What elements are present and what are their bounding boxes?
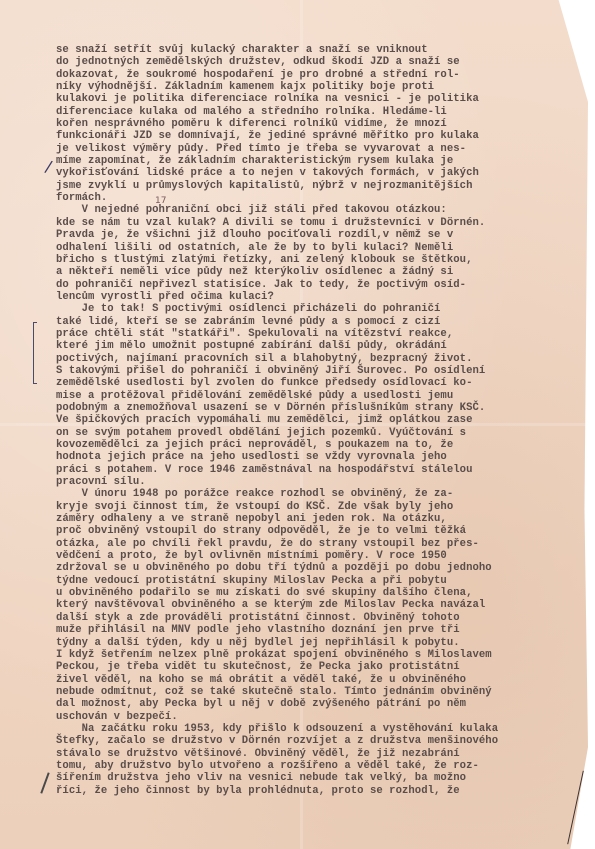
- text-line: kořen nesprávného poměru k diferenci rol…: [56, 118, 576, 130]
- text-line: zemědělské usedlosti byl zvolen do funkc…: [56, 377, 576, 389]
- text-line: podobným a znemožňoval usazení se v Dörn…: [56, 402, 576, 414]
- text-line: zdržoval se u obviněného po dobu tří týd…: [56, 562, 576, 574]
- text-line: je velikost výměry půdy. Před tímto je t…: [56, 143, 576, 155]
- text-line: do jednotných zemědělských družstev, odk…: [56, 56, 576, 68]
- text-line: kryje svoji činnost tím, že vstoupí do K…: [56, 501, 576, 513]
- text-line: formách.: [56, 192, 576, 204]
- text-line: vědčení a proto, že byl ovlivněn místním…: [56, 550, 576, 562]
- typewritten-text-body: se snaží setřít svůj kulacký charakter a…: [56, 44, 576, 797]
- text-line: funkcionáři JZD se domnívají, že jediné …: [56, 130, 576, 142]
- text-line: nebude odmítnut, což se také skutečně st…: [56, 686, 576, 698]
- text-line: dokazovat, že soukromé hospodaření je pr…: [56, 69, 576, 81]
- text-line: a někteří neměli více půdy než kterýkoli…: [56, 266, 576, 278]
- text-line: záměry odhaleny a ve straně nepobyl ani …: [56, 513, 576, 525]
- text-line: se snaží setřít svůj kulacký charakter a…: [56, 44, 576, 56]
- text-line: lencům vyrostli před očima kulaci?: [56, 291, 576, 303]
- text-line: šířením družstva jeho vliv na vesnici ne…: [56, 772, 576, 784]
- text-line: V únoru 1948 po porážce reakce rozhodl s…: [56, 488, 576, 500]
- text-line: kde se nám tu vzal kulak? A divili se to…: [56, 217, 576, 229]
- text-line: Peckou, je třeba vidět tu skutečnost, že…: [56, 661, 576, 673]
- text-line: Ve špičkových pracích vypomáhali mu země…: [56, 414, 576, 426]
- pen-margin-bracket: [33, 322, 37, 384]
- text-line: do pohraničí nepřivezl statisíce. Jak to…: [56, 279, 576, 291]
- text-line: níky výhodnější. Základním kamenem kajx …: [56, 81, 576, 93]
- text-line: V nejedné pohraniční obci již stáli před…: [56, 204, 576, 216]
- text-line: I když šetřením nelzex plně prokázat spo…: [56, 649, 576, 661]
- text-line: týdny a další týden, kdy u něj bydlel je…: [56, 637, 576, 649]
- text-line: kovozemědělci za jejich práci neprováděl…: [56, 439, 576, 451]
- text-line: u obviněného podařilo se mu získati do s…: [56, 587, 576, 599]
- text-line: mise a protěžoval přidělování zemědělské…: [56, 390, 576, 402]
- text-line: on se svým potahem provedl obdělání jeji…: [56, 427, 576, 439]
- text-line: poctivých, najímaní pracovních sil a bla…: [56, 353, 576, 365]
- text-line: říci, že jeho činnost by byla prohlédnut…: [56, 785, 576, 797]
- text-line: také lidé, kteří se se zabráním levné pů…: [56, 316, 576, 328]
- text-line: diferenciace kulaka od malého a středníh…: [56, 106, 576, 118]
- text-line: Štefky, začalo se družstvo v Dörnén rozv…: [56, 735, 576, 747]
- text-line: které jim mělo umožnit postupné zabírání…: [56, 340, 576, 352]
- text-line: stávalo se družstvo většinové. Obviněný …: [56, 748, 576, 760]
- text-line: uschován v bezpečí.: [56, 711, 576, 723]
- text-line: vykořisťování lidské práce a to nejen v …: [56, 167, 576, 179]
- text-line: další styk a zde prováděli protistátní č…: [56, 612, 576, 624]
- text-line: odhalení lišili od ostatních, ale že by …: [56, 242, 576, 254]
- text-line: jsme zvyklí u průmyslových kapitalistů, …: [56, 180, 576, 192]
- text-line: tomu, aby družstvo bylo utvořeno a rozší…: [56, 760, 576, 772]
- text-line: který navštěvoval obviněného a se kterým…: [56, 599, 576, 611]
- text-line: otázka, ale po chvíli řekl pravdu, že do…: [56, 538, 576, 550]
- text-line: pracovní sílu.: [56, 476, 576, 488]
- text-line: hodnota jejich práce na jeho usedlosti s…: [56, 451, 576, 463]
- text-line: Pravda je, že všichni již dlouho pociťov…: [56, 229, 576, 241]
- text-line: míme zapomínat, že základním charakteris…: [56, 155, 576, 167]
- text-line: týdne vedoucí protistátní skupiny Milosl…: [56, 575, 576, 587]
- text-line: kulakovi je politika diferenciace rolník…: [56, 93, 576, 105]
- text-line: proč obviněný vstoupil do strany odpověd…: [56, 525, 576, 537]
- text-line: S takovými přišel do pohraničí i obviněn…: [56, 365, 576, 377]
- text-line: břicho s tlustými zlatými řetízky, ani z…: [56, 254, 576, 266]
- text-line: práci s potahem. V roce 1946 zaměstnával…: [56, 464, 576, 476]
- text-line: Na začátku roku 1953, kdy přišlo k odsou…: [56, 723, 576, 735]
- text-line: muže přihlásil na MNV podle jeho vlastní…: [56, 624, 576, 636]
- text-line: dal možnost, aby Pecka byl u něj v době …: [56, 698, 576, 710]
- text-line: práce chtěli stát "statkáři". Spekuloval…: [56, 328, 576, 340]
- text-line: živel věděl, na koho se má obrátit a věd…: [56, 674, 576, 686]
- text-line: Je to tak! S poctivými osídlenci přicház…: [56, 303, 576, 315]
